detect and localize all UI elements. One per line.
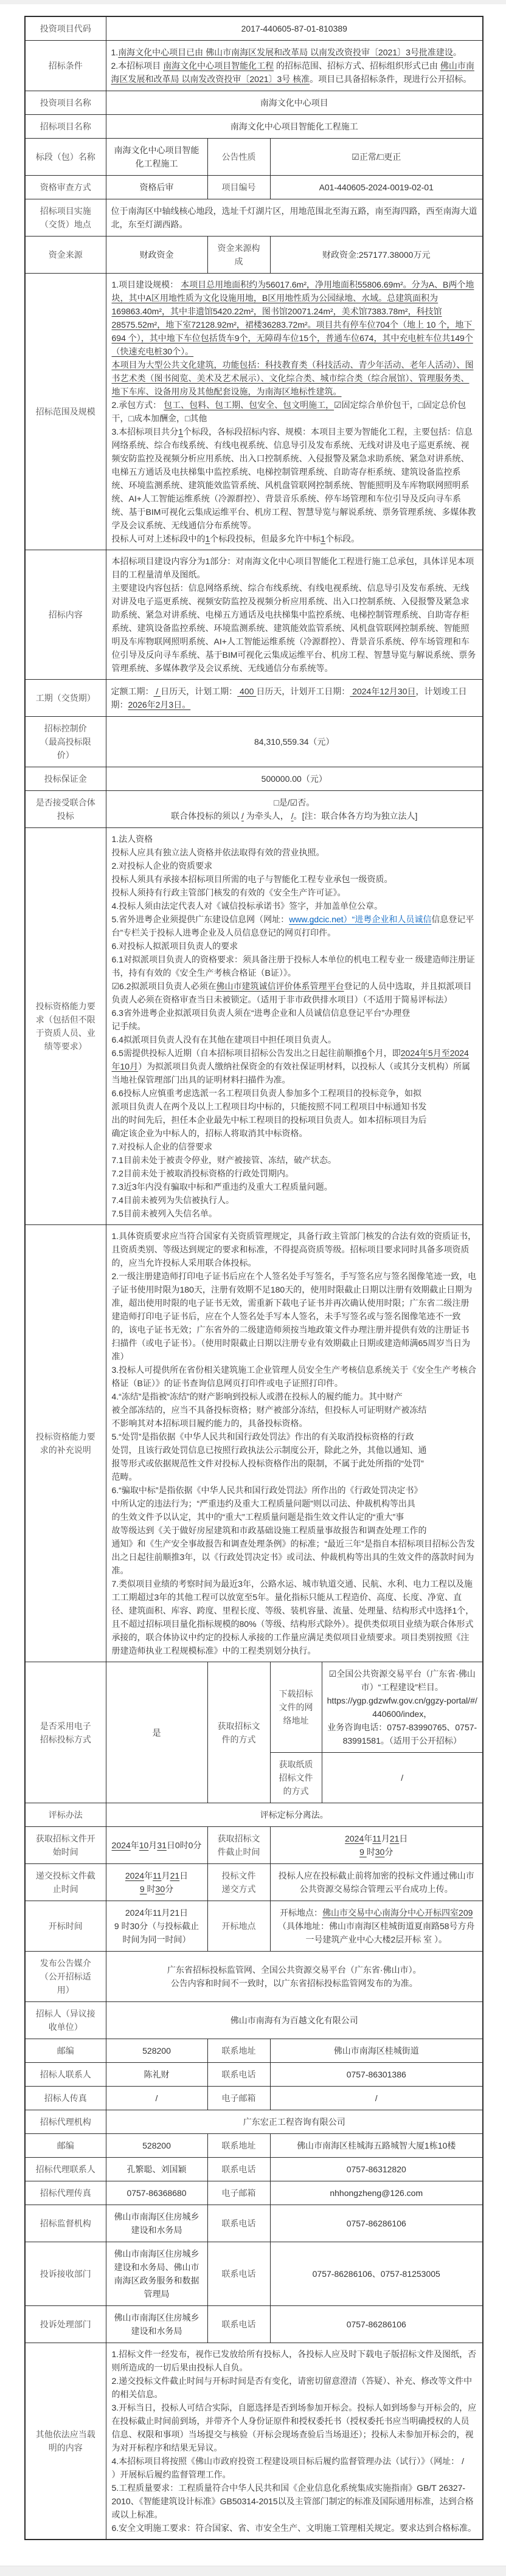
submission-deadline-value: 2024年11月21日 9 时30分 [106, 1864, 207, 1901]
complaint-handle-phone-label: 联系电话 [207, 2306, 270, 2343]
tenderer-contact-value: 陈礼财 [106, 2063, 207, 2087]
page-top-strip [0, 0, 506, 4]
funding-structure-label: 资金来源构 成 [207, 237, 270, 274]
tenderer-postcode-value: 528200 [106, 2039, 207, 2063]
duration-label: 工期（交货期） [25, 680, 106, 717]
opening-time-label: 开标时间 [25, 1901, 106, 1952]
agency-email-label: 电子邮箱 [207, 2181, 270, 2205]
tender-name-label: 招标项目名称 [25, 115, 106, 139]
submission-method-value: 投标人应在投标截止前将加密的投标文件通过佛山市公共资源交易综合管理云平台成功上传… [270, 1864, 483, 1901]
row-doc-time: 获取招标文件开 始时间 2024年10月31日0时0分 获取招标文 件截止时间 … [25, 1827, 483, 1864]
notice-type-label: 公告性质 [207, 139, 270, 176]
row-price-ceiling: 招标控制价 （最高投标限 价） 84,310,559.34（元） [25, 717, 483, 767]
tender-announcement-table: 投资项目代码 2017-440605-87-01-810389 招标条件 1.南… [24, 16, 483, 2540]
section-label: 标段（包）名称 [25, 139, 106, 176]
doc-end-time-label: 获取招标文 件截止时间 [207, 1827, 270, 1864]
doc-start-time-value: 2024年10月31日0时0分 [106, 1827, 207, 1864]
funding-label: 资金来源 [25, 237, 106, 274]
complaint-handle-label: 投诉处理部门 [25, 2306, 106, 2343]
bid-bond-label: 投标保证金 [25, 767, 106, 791]
row-location: 招标项目实施 （交货）地点 位于南海区中轴线核心地段，选址千灯湖片区，用地范围北… [25, 199, 483, 237]
doc-end-time-value: 2024年11月21日 9 时30分 [270, 1827, 483, 1864]
tender-condition-value: 1.南海文化中心项目已由 佛山市南海区发展和改革局 以南发改资投审〔2021〕3… [106, 41, 483, 91]
row-agency-fax: 招标代理传真 0757-86368680 电子邮箱 nhhongzheng@12… [25, 2181, 483, 2205]
project-number-value: A01-440605-2024-0019-02-01 [270, 176, 483, 199]
agency-phone-label: 联系电话 [207, 2158, 270, 2181]
bid-bond-value: 500000.00（元） [106, 767, 483, 791]
supervisor-phone-label: 联系电话 [207, 2205, 270, 2242]
row-investment-name: 投资项目名称 南海文化中心项目 [25, 91, 483, 115]
row-evaluation-method: 评标办法 评标定标分离法。 [25, 1803, 483, 1827]
tenderer-address-label: 联系地址 [207, 2039, 270, 2063]
tender-name-value: 南海文化中心项目智能化工程施工 [106, 115, 483, 139]
supervisor-phone-value: 0757-86286106 [270, 2205, 483, 2242]
agency-fax-label: 招标代理传真 [25, 2181, 106, 2205]
consortium-value: □是/☑否。 联合体投标的须以 / 为牵头人， /。[注：联合体各方均为独立法人… [106, 791, 483, 828]
tenderer-label: 招标人（异议接 收单位） [25, 2002, 106, 2039]
row-submission: 递交投标文件截 止时间 2024年11月21日 9 时30分 投标文件 递交方式… [25, 1864, 483, 1901]
row-supervisor: 招标监督机构 佛山市南海区住房城乡建设和水务局 联系电话 0757-862861… [25, 2205, 483, 2242]
electronic-bidding-label: 是否采用电子 招标投标方式 [25, 1662, 106, 1803]
row-capability-notes: 投标资格能力要 求的补充说明 1.具体资质要求应当符合国家有关资质管理规定，具备… [25, 1225, 483, 1662]
row-tenderer-post: 邮编 528200 联系地址 佛山市南海区桂城街道 [25, 2039, 483, 2063]
location-value: 位于南海区中轴线核心地段，选址千灯湖片区，用地范围北至海五路，南至海四路，西至南… [106, 199, 483, 237]
opening-place-value: 开标地点：佛山市交易中心南海分中心开标四室209（具体地址：佛山市南海区桂城街道… [270, 1901, 483, 1952]
capability-notes-value: 1.具体资质要求应当符合国家有关资质管理规定，具备行政主管部门核发的合法有效的资… [106, 1225, 483, 1662]
opening-time-value: 2024年11月21日 9 时30分（与投标截止 时间为同一时间） [106, 1901, 207, 1952]
funding-structure-value: 财政资金:257177.38000万元 [270, 237, 483, 274]
row-media: 发布公告媒介 （公开招标适 用） 广东省招标投标监管网、全国公共资源交易平台（广… [25, 1952, 483, 2002]
notice-type-value: ☑正常/□更正 [270, 139, 483, 176]
media-value: 广东省招标投标监管网、全国公共资源交易平台（广东省·佛山市）。 公告内容和时间不… [106, 1952, 483, 2002]
capability-label: 投标资格能力要 求（包括但不限 于资质人员、业 绩等要求） [25, 828, 106, 1225]
media-label: 发布公告媒介 （公开招标适 用） [25, 1952, 106, 2002]
other-items-value: 1.招标文件一经发布，视作已发放给所有投标人，各投标人应及时下载电子版招标文件及… [106, 2343, 483, 2540]
capability-value: 1.法人资格 投标人应具有独立法人资格并依法取得有效的营业执照。 2.对投标人企… [106, 828, 483, 1225]
row-agency-post: 邮编 528200 联系地址 佛山市南海区桂城海五路城智大厦1栋10楼 [25, 2134, 483, 2158]
row-project-code: 投资项目代码 2017-440605-87-01-810389 [25, 16, 483, 41]
row-bid-bond: 投标保证金 500000.00（元） [25, 767, 483, 791]
agency-postcode-label: 邮编 [25, 2134, 106, 2158]
agency-contact-label: 招标代理联系人 [25, 2158, 106, 2181]
row-tenderer: 招标人（异议接 收单位） 佛山市南海有为百越文化有限公司 [25, 2002, 483, 2039]
row-tenderer-contact: 招标人联系人 陈礼财 联系电话 0757-86301386 [25, 2063, 483, 2087]
evaluation-method-label: 评标办法 [25, 1803, 106, 1827]
agency-fax-value: 0757-86368680 [106, 2181, 207, 2205]
tender-content-value: 本招标项目建设内容分为1部分：对南海文化中心项目智能化工程进行施工总承包，具体详… [106, 550, 483, 680]
complaint-receive-phone-value: 0757-86286106、0757-81253005 [270, 2242, 483, 2306]
row-qualification: 资格审查方式 资格后审 项目编号 A01-440605-2024-0019-02… [25, 176, 483, 199]
complaint-handle-value: 佛山市南海区住房城乡建设和水务局 [106, 2306, 207, 2343]
complaint-handle-phone-value: 0757-86286106 [270, 2306, 483, 2343]
row-tender-condition: 招标条件 1.南海文化中心项目已由 佛山市南海区发展和改革局 以南发改资投审〔2… [25, 41, 483, 91]
project-code-label: 投资项目代码 [25, 16, 106, 41]
page-top-gap [0, 4, 506, 16]
price-ceiling-label: 招标控制价 （最高投标限 价） [25, 717, 106, 767]
supervisor-label: 招标监督机构 [25, 2205, 106, 2242]
agency-postcode-value: 528200 [106, 2134, 207, 2158]
price-ceiling-value: 84,310,559.34（元） [106, 717, 483, 767]
location-label: 招标项目实施 （交货）地点 [25, 199, 106, 237]
doc-obtain-method-label: 获取招标文 件的方式 [207, 1662, 270, 1803]
gdcic-link[interactable]: www.gdcic.net）“进粤企业和人员诚信 [289, 914, 431, 924]
row-consortium: 是否接受联合体 投标 □是/☑否。 联合体投标的须以 / 为牵头人， /。[注：… [25, 791, 483, 828]
scope-value: 1.项目建设规模： 本项目总用地面积约为56017.6m²，净用地面积55806… [106, 274, 483, 550]
project-code-value: 2017-440605-87-01-810389 [106, 16, 483, 41]
row-opening: 开标时间 2024年11月21日 9 时30分（与投标截止 时间为同一时间） 开… [25, 1901, 483, 1952]
row-agency: 招标代理机构 广东宏正工程咨询有限公司 [25, 2110, 483, 2134]
agency-address-label: 联系地址 [207, 2134, 270, 2158]
complaint-receive-label: 投诉接收部门 [25, 2242, 106, 2306]
page-bottom-gap [0, 2540, 506, 2566]
supervisor-value: 佛山市南海区住房城乡建设和水务局 [106, 2205, 207, 2242]
row-scope: 招标范围及规模 1.项目建设规模： 本项目总用地面积约为56017.6m²，净用… [25, 274, 483, 550]
tenderer-contact-label: 招标人联系人 [25, 2063, 106, 2087]
investment-name-label: 投资项目名称 [25, 91, 106, 115]
other-items-label: 其他依法应当载 明的内容 [25, 2343, 106, 2540]
download-address-label: 下载招标 文件的网 络地址 [270, 1662, 322, 1753]
tenderer-fax-label: 招标人传真 [25, 2087, 106, 2110]
agency-label: 招标代理机构 [25, 2110, 106, 2134]
page-bottom-strip [0, 2566, 506, 2576]
agency-value: 广东宏正工程咨询有限公司 [106, 2110, 483, 2134]
complaint-receive-value: 佛山市南海区住房城乡建设和水务局、佛山市南海区政务服务和数据管理局 [106, 2242, 207, 2306]
tenderer-value: 佛山市南海有为百越文化有限公司 [106, 2002, 483, 2039]
consortium-label: 是否接受联合体 投标 [25, 791, 106, 828]
agency-phone-value: 0757-86312820 [270, 2158, 483, 2181]
tenderer-email-label: 电子邮箱 [207, 2087, 270, 2110]
agency-contact-value: 孔繁聪、刘国颖 [106, 2158, 207, 2181]
submission-deadline-label: 递交投标文件截 止时间 [25, 1864, 106, 1901]
tenderer-phone-value: 0757-86301386 [270, 2063, 483, 2087]
tender-condition-label: 招标条件 [25, 41, 106, 91]
row-complaint-receive: 投诉接收部门 佛山市南海区住房城乡建设和水务局、佛山市南海区政务服务和数据管理局… [25, 2242, 483, 2306]
opening-place-label: 开标地点 [207, 1901, 270, 1952]
tender-content-label: 招标内容 [25, 550, 106, 680]
tenderer-postcode-label: 邮编 [25, 2039, 106, 2063]
row-tender-name: 招标项目名称 南海文化中心项目智能化工程施工 [25, 115, 483, 139]
row-complaint-handle: 投诉处理部门 佛山市南海区住房城乡建设和水务局 联系电话 0757-862861… [25, 2306, 483, 2343]
capability-notes-label: 投标资格能力要 求的补充说明 [25, 1225, 106, 1662]
tenderer-email-value: / [270, 2087, 483, 2110]
project-number-label: 项目编号 [207, 176, 270, 199]
submission-method-label: 投标文件 递交方式 [207, 1864, 270, 1901]
tenderer-address-value: 佛山市南海区桂城街道 [270, 2039, 483, 2063]
row-other-items: 其他依法应当载 明的内容 1.招标文件一经发布，视作已发放给所有投标人，各投标人… [25, 2343, 483, 2540]
section-value: 南海文化中心项目智能化工程施工 [106, 139, 207, 176]
electronic-bidding-value: 是 [106, 1662, 207, 1803]
funding-value: 财政资金 [106, 237, 207, 274]
agency-address-value: 佛山市南海区桂城海五路城智大厦1栋10楼 [270, 2134, 483, 2158]
duration-value: 定额工期： / 日历天，计划工期： 400 日历天，计划开工日期： 2024年1… [106, 680, 483, 717]
complaint-receive-phone-label: 联系电话 [207, 2242, 270, 2306]
evaluation-method-value: 评标定标分离法。 [106, 1803, 483, 1827]
row-section: 标段（包）名称 南海文化中心项目智能化工程施工 公告性质 ☑正常/□更正 [25, 139, 483, 176]
row-electronic-bidding: 是否采用电子 招标投标方式 是 获取招标文 件的方式 下载招标 文件的网 络地址… [25, 1662, 483, 1753]
row-duration: 工期（交货期） 定额工期： / 日历天，计划工期： 400 日历天，计划开工日期… [25, 680, 483, 717]
qualification-method-label: 资格审查方式 [25, 176, 106, 199]
agency-email-value: nhhongzheng@126.com [270, 2181, 483, 2205]
row-agency-contact: 招标代理联系人 孔繁聪、刘国颖 联系电话 0757-86312820 [25, 2158, 483, 2181]
qualification-method-value: 资格后审 [106, 176, 207, 199]
row-tenderer-fax: 招标人传真 / 电子邮箱 / [25, 2087, 483, 2110]
investment-name-value: 南海文化中心项目 [106, 91, 483, 115]
download-address-value: ☑全国公共资源交易平台（广东省·佛山市）“工程建设”栏目。 https://yg… [322, 1662, 483, 1753]
doc-start-time-label: 获取招标文件开 始时间 [25, 1827, 106, 1864]
tenderer-fax-value: / [106, 2087, 207, 2110]
scope-label: 招标范围及规模 [25, 274, 106, 550]
row-capability: 投标资格能力要 求（包括但不限 于资质人员、业 绩等要求） 1.法人资格 投标人… [25, 828, 483, 1225]
paper-document-value: / [322, 1753, 483, 1803]
row-funding: 资金来源 财政资金 资金来源构 成 财政资金:257177.38000万元 [25, 237, 483, 274]
row-tender-content: 招标内容 本招标项目建设内容分为1部分：对南海文化中心项目智能化工程进行施工总承… [25, 550, 483, 680]
tenderer-phone-label: 联系电话 [207, 2063, 270, 2087]
paper-document-label: 获取纸质 招标文件 的方式 [270, 1753, 322, 1803]
